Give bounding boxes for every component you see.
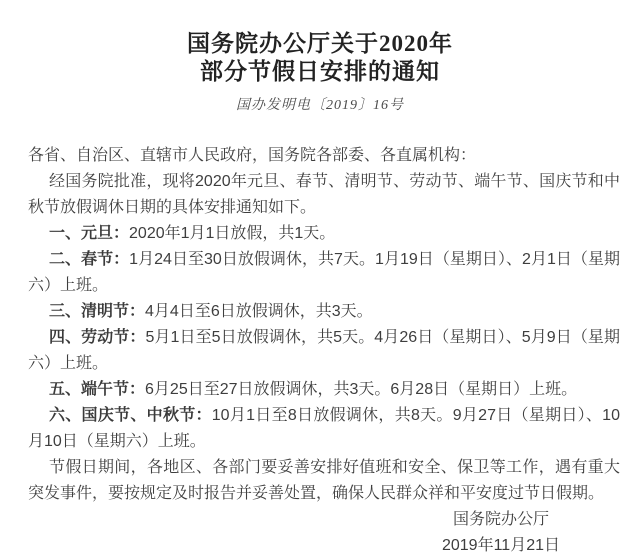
holiday-detail: 4月4日至6日放假调休，共3天。: [145, 303, 373, 320]
intro-paragraph: 经国务院批准，现将2020年元旦、春节、清明节、劳动节、端午节、国庆节和中秋节放…: [28, 169, 620, 221]
document-number: 国办发明电〔2019〕16号: [0, 94, 640, 114]
holiday-item-new-year: 一、元旦：2020年1月1日放假，共1天。: [28, 221, 620, 247]
holiday-detail: 2020年1月1日放假，共1天。: [129, 225, 335, 242]
holiday-item-dragon-boat: 五、端午节：6月25日至27日放假调休，共3天。6月28日（星期日）上班。: [28, 377, 620, 403]
holiday-item-qingming: 三、清明节：4月4日至6日放假调休，共3天。: [28, 299, 620, 325]
title-line-1: 国务院办公厅关于2020年: [187, 31, 453, 56]
holiday-label: 五、端午节：: [49, 381, 145, 398]
holiday-item-spring-festival: 二、春节：1月24日至30日放假调休，共7天。1月19日（星期日）、2月1日（星…: [28, 247, 620, 299]
salutation: 各省、自治区、直辖市人民政府，国务院各部委、各直属机构：: [28, 143, 620, 169]
holiday-detail: 6月25日至27日放假调休，共3天。6月28日（星期日）上班。: [145, 381, 577, 398]
document-header: 国务院办公厅关于2020年部分节假日安排的通知 国办发明电〔2019〕16号: [0, 0, 640, 114]
signer-name: 国务院办公厅: [442, 507, 560, 533]
signature-block: 国务院办公厅 2019年11月21日: [442, 507, 560, 558]
notice-document: 国务院办公厅关于2020年部分节假日安排的通知 国办发明电〔2019〕16号 各…: [0, 0, 640, 558]
title-line-2: 部分节假日安排的通知: [200, 59, 440, 84]
holiday-item-national-day-mid-autumn: 六、国庆节、中秋节：10月1日至8日放假调休，共8天。9月27日（星期日）、10…: [28, 403, 620, 455]
holiday-label: 四、劳动节：: [49, 329, 145, 346]
holiday-label: 六、国庆节、中秋节：: [49, 407, 212, 424]
holiday-label: 一、元旦：: [49, 225, 129, 242]
document-body: 各省、自治区、直辖市人民政府，国务院各部委、各直属机构： 经国务院批准，现将20…: [28, 143, 620, 558]
closing-paragraph: 节假日期间，各地区、各部门要妥善安排好值班和安全、保卫等工作，遇有重大突发事件，…: [28, 455, 620, 507]
holiday-label: 二、春节：: [49, 251, 129, 268]
holiday-label: 三、清明节：: [49, 303, 145, 320]
holiday-item-labor-day: 四、劳动节：5月1日至5日放假调休，共5天。4月26日（星期日）、5月9日（星期…: [28, 325, 620, 377]
signature-date: 2019年11月21日: [442, 533, 560, 558]
document-title: 国务院办公厅关于2020年部分节假日安排的通知: [0, 30, 640, 86]
